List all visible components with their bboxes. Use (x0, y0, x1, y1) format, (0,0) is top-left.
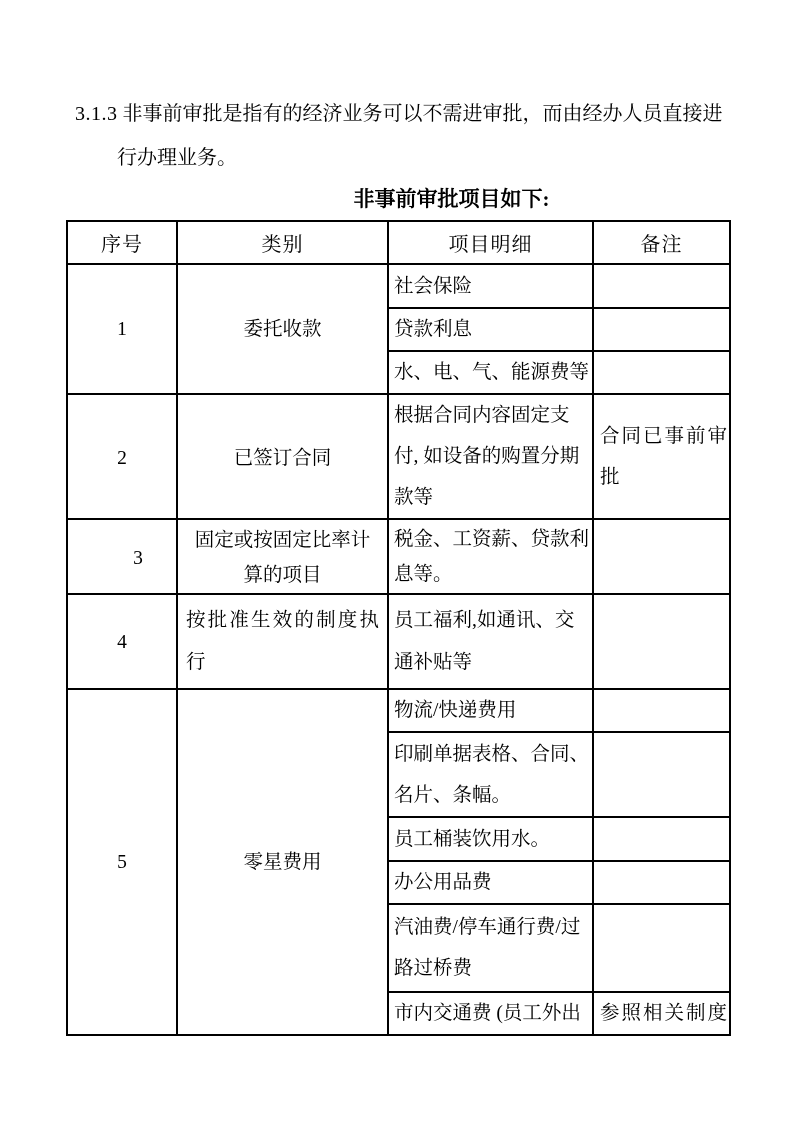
cell-note: 合同已事前审 批 (593, 394, 730, 519)
section-text: 非事前审批是指有的经济业务可以不需进审批，而由经办人员直接进 行办理业务。 (117, 103, 723, 169)
header-row: 序号 类别 项目明细 备注 (67, 221, 730, 264)
cell-note (593, 904, 730, 992)
cell-note: 参照相关制度 (593, 992, 730, 1035)
table-row: 2已签订合同根据合同内容固定支 付, 如设备的购置分期 款等合同已事前审 批 (67, 394, 730, 519)
cell-detail: 物流/快递费用 (388, 689, 593, 732)
cell-note (593, 308, 730, 351)
cell-category: 固定或按固定比率计 算的项目 (177, 519, 388, 594)
cell-serial: 3 (67, 519, 177, 594)
cell-category: 已签订合同 (177, 394, 388, 519)
section-paragraph: 3.1.3 非事前审批是指有的经济业务可以不需进审批，而由经办人员直接进 行办理… (75, 92, 755, 180)
cell-note (593, 519, 730, 594)
cell-note (593, 861, 730, 904)
table-row: 3固定或按固定比率计 算的项目税金、工资薪、贷款利 息等。 (67, 519, 730, 594)
cell-detail: 汽油费/停车通行费/过 路过桥费 (388, 904, 593, 992)
cell-detail: 水、电、气、能源费等 (388, 351, 593, 394)
cell-detail: 税金、工资薪、贷款利 息等。 (388, 519, 593, 594)
col-header-detail: 项目明细 (388, 221, 593, 264)
cell-serial: 5 (67, 689, 177, 1035)
cell-detail: 员工福利,如通讯、交 通补贴等 (388, 594, 593, 689)
col-header-serial: 序号 (67, 221, 177, 264)
col-header-category: 类别 (177, 221, 388, 264)
cell-serial: 1 (67, 264, 177, 394)
table-title: 非事前审批项目如下: (120, 183, 783, 215)
table-row: 5零星费用物流/快递费用 (67, 689, 730, 732)
cell-serial: 4 (67, 594, 177, 689)
section-number: 3.1.3 (75, 103, 118, 125)
cell-note (593, 264, 730, 308)
table-row: 1委托收款社会保险 (67, 264, 730, 308)
cell-detail: 印刷单据表格、合同、 名片、条幅。 (388, 732, 593, 817)
cell-note (593, 351, 730, 394)
cell-note (593, 689, 730, 732)
cell-detail: 办公用品费 (388, 861, 593, 904)
cell-serial: 2 (67, 394, 177, 519)
cell-note (593, 817, 730, 861)
cell-detail: 根据合同内容固定支 付, 如设备的购置分期 款等 (388, 394, 593, 519)
table-header: 序号 类别 项目明细 备注 (67, 221, 730, 264)
document-page: 3.1.3 非事前审批是指有的经济业务可以不需进审批，而由经办人员直接进 行办理… (0, 0, 793, 1122)
cell-detail: 社会保险 (388, 264, 593, 308)
cell-detail: 贷款利息 (388, 308, 593, 351)
table-row: 4按批准生效的制度执 行员工福利,如通讯、交 通补贴等 (67, 594, 730, 689)
cell-category: 按批准生效的制度执 行 (177, 594, 388, 689)
cell-category: 零星费用 (177, 689, 388, 1035)
col-header-note: 备注 (593, 221, 730, 264)
table-body: 1委托收款社会保险贷款利息水、电、气、能源费等2已签订合同根据合同内容固定支 付… (67, 264, 730, 1035)
cell-detail: 市内交通费 (员工外出 (388, 992, 593, 1035)
cell-category: 委托收款 (177, 264, 388, 394)
approval-table: 序号 类别 项目明细 备注 1委托收款社会保险贷款利息水、电、气、能源费等2已签… (66, 220, 731, 1036)
cell-note (593, 732, 730, 817)
cell-detail: 员工桶装饮用水。 (388, 817, 593, 861)
cell-note (593, 594, 730, 689)
